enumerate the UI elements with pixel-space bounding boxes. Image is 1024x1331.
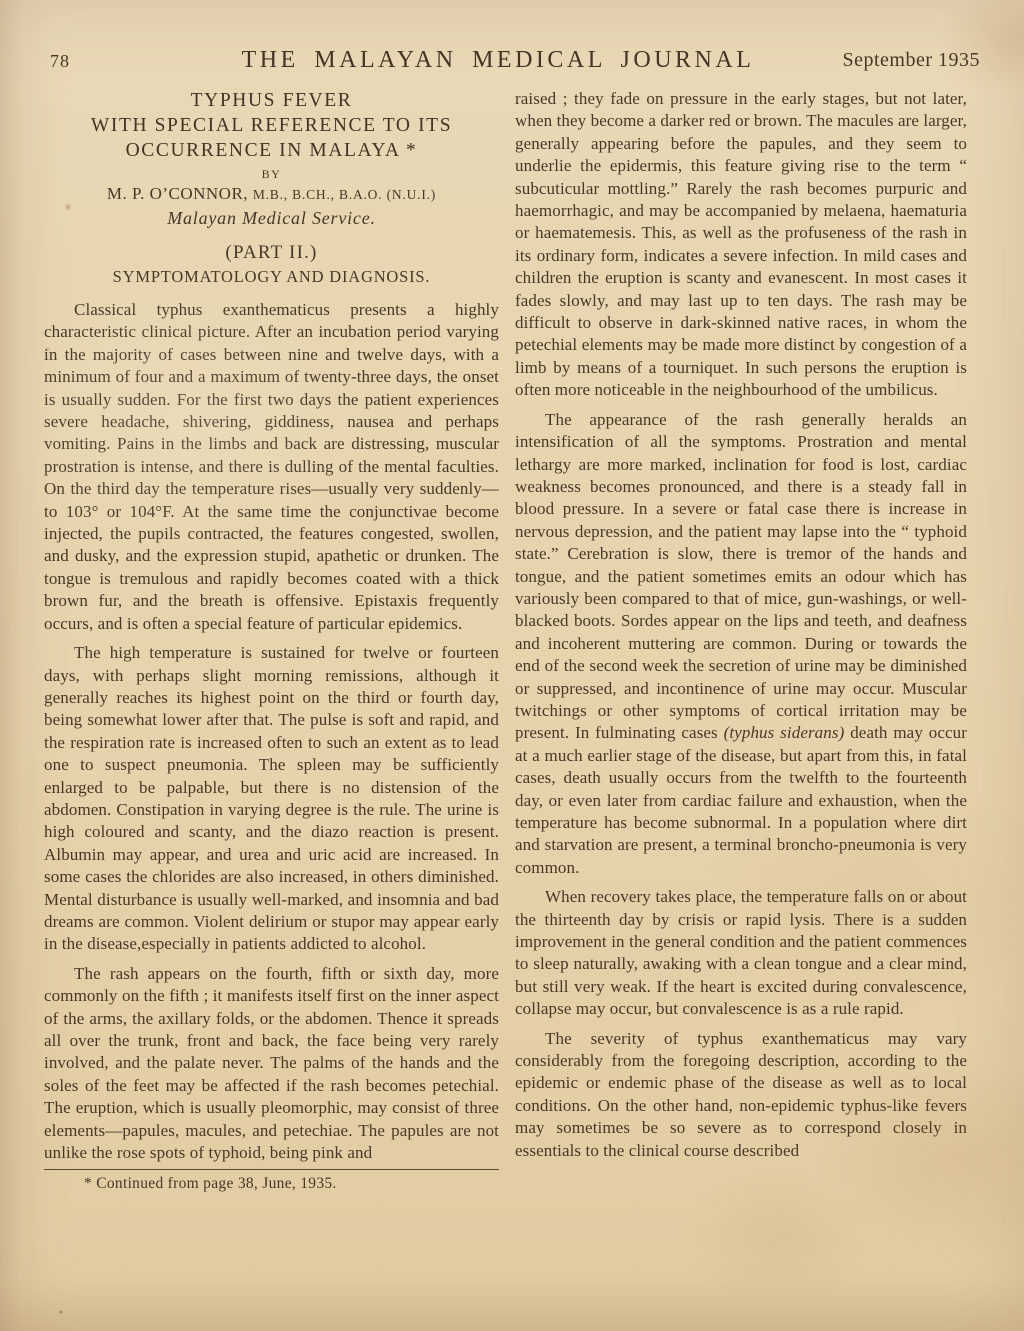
- article-title-block: TYPHUS FEVER WITH SPECIAL REFERENCE TO I…: [44, 88, 499, 288]
- body-paragraph: The severity of typhus exanthematicus ma…: [515, 1028, 967, 1162]
- footnote-text: * Continued from page 38, June, 1935.: [44, 1173, 499, 1195]
- body-paragraph: Classical typhus exanthematicus presents…: [44, 299, 499, 635]
- article-title-line-2: WITH SPECIAL REFERENCE TO ITS: [44, 113, 499, 138]
- section-heading: SYMPTOMATOLOGY AND DIAGNOSIS.: [44, 265, 499, 288]
- issue-date: September 1935: [842, 49, 980, 72]
- author-affiliation: Malayan Medical Service.: [44, 206, 499, 230]
- body-paragraph: The high temperature is sustained for tw…: [44, 642, 499, 956]
- footnote: * Continued from page 38, June, 1935.: [44, 1169, 499, 1195]
- body-paragraph: The rash appears on the fourth, fifth or…: [44, 963, 499, 1165]
- article-title-line-3: OCCURRENCE IN MALAYA *: [44, 138, 499, 163]
- page-header: 78 THE MALAYAN MEDICAL JOURNAL September…: [0, 47, 1024, 77]
- byline-label: BY: [44, 167, 499, 182]
- author-line: M. P. O’CONNOR, M.B., B.CH., B.A.O. (N.U…: [44, 182, 499, 206]
- body-paragraph: When recovery takes place, the temperatu…: [515, 886, 967, 1020]
- author-name: M. P. O’CONNOR,: [107, 184, 248, 203]
- paragraph-segment: The appearance of the rash generally her…: [515, 410, 967, 743]
- body-paragraph: raised ; they fade on pressure in the ea…: [515, 88, 967, 402]
- right-column: raised ; they fade on pressure in the ea…: [515, 88, 967, 1162]
- author-credentials: M.B., B.CH., B.A.O. (N.U.I.): [253, 187, 436, 202]
- left-column: TYPHUS FEVER WITH SPECIAL REFERENCE TO I…: [44, 88, 499, 1196]
- journal-page: 78 THE MALAYAN MEDICAL JOURNAL September…: [0, 0, 1024, 1331]
- body-paragraph: The appearance of the rash generally her…: [515, 409, 967, 880]
- footnote-rule: [44, 1169, 499, 1170]
- latin-term: (typhus siderans): [724, 723, 845, 742]
- part-heading: (PART II.): [44, 241, 499, 265]
- article-title-line-1: TYPHUS FEVER: [44, 88, 499, 113]
- paragraph-segment: death may occur at a much earlier stage …: [515, 723, 967, 876]
